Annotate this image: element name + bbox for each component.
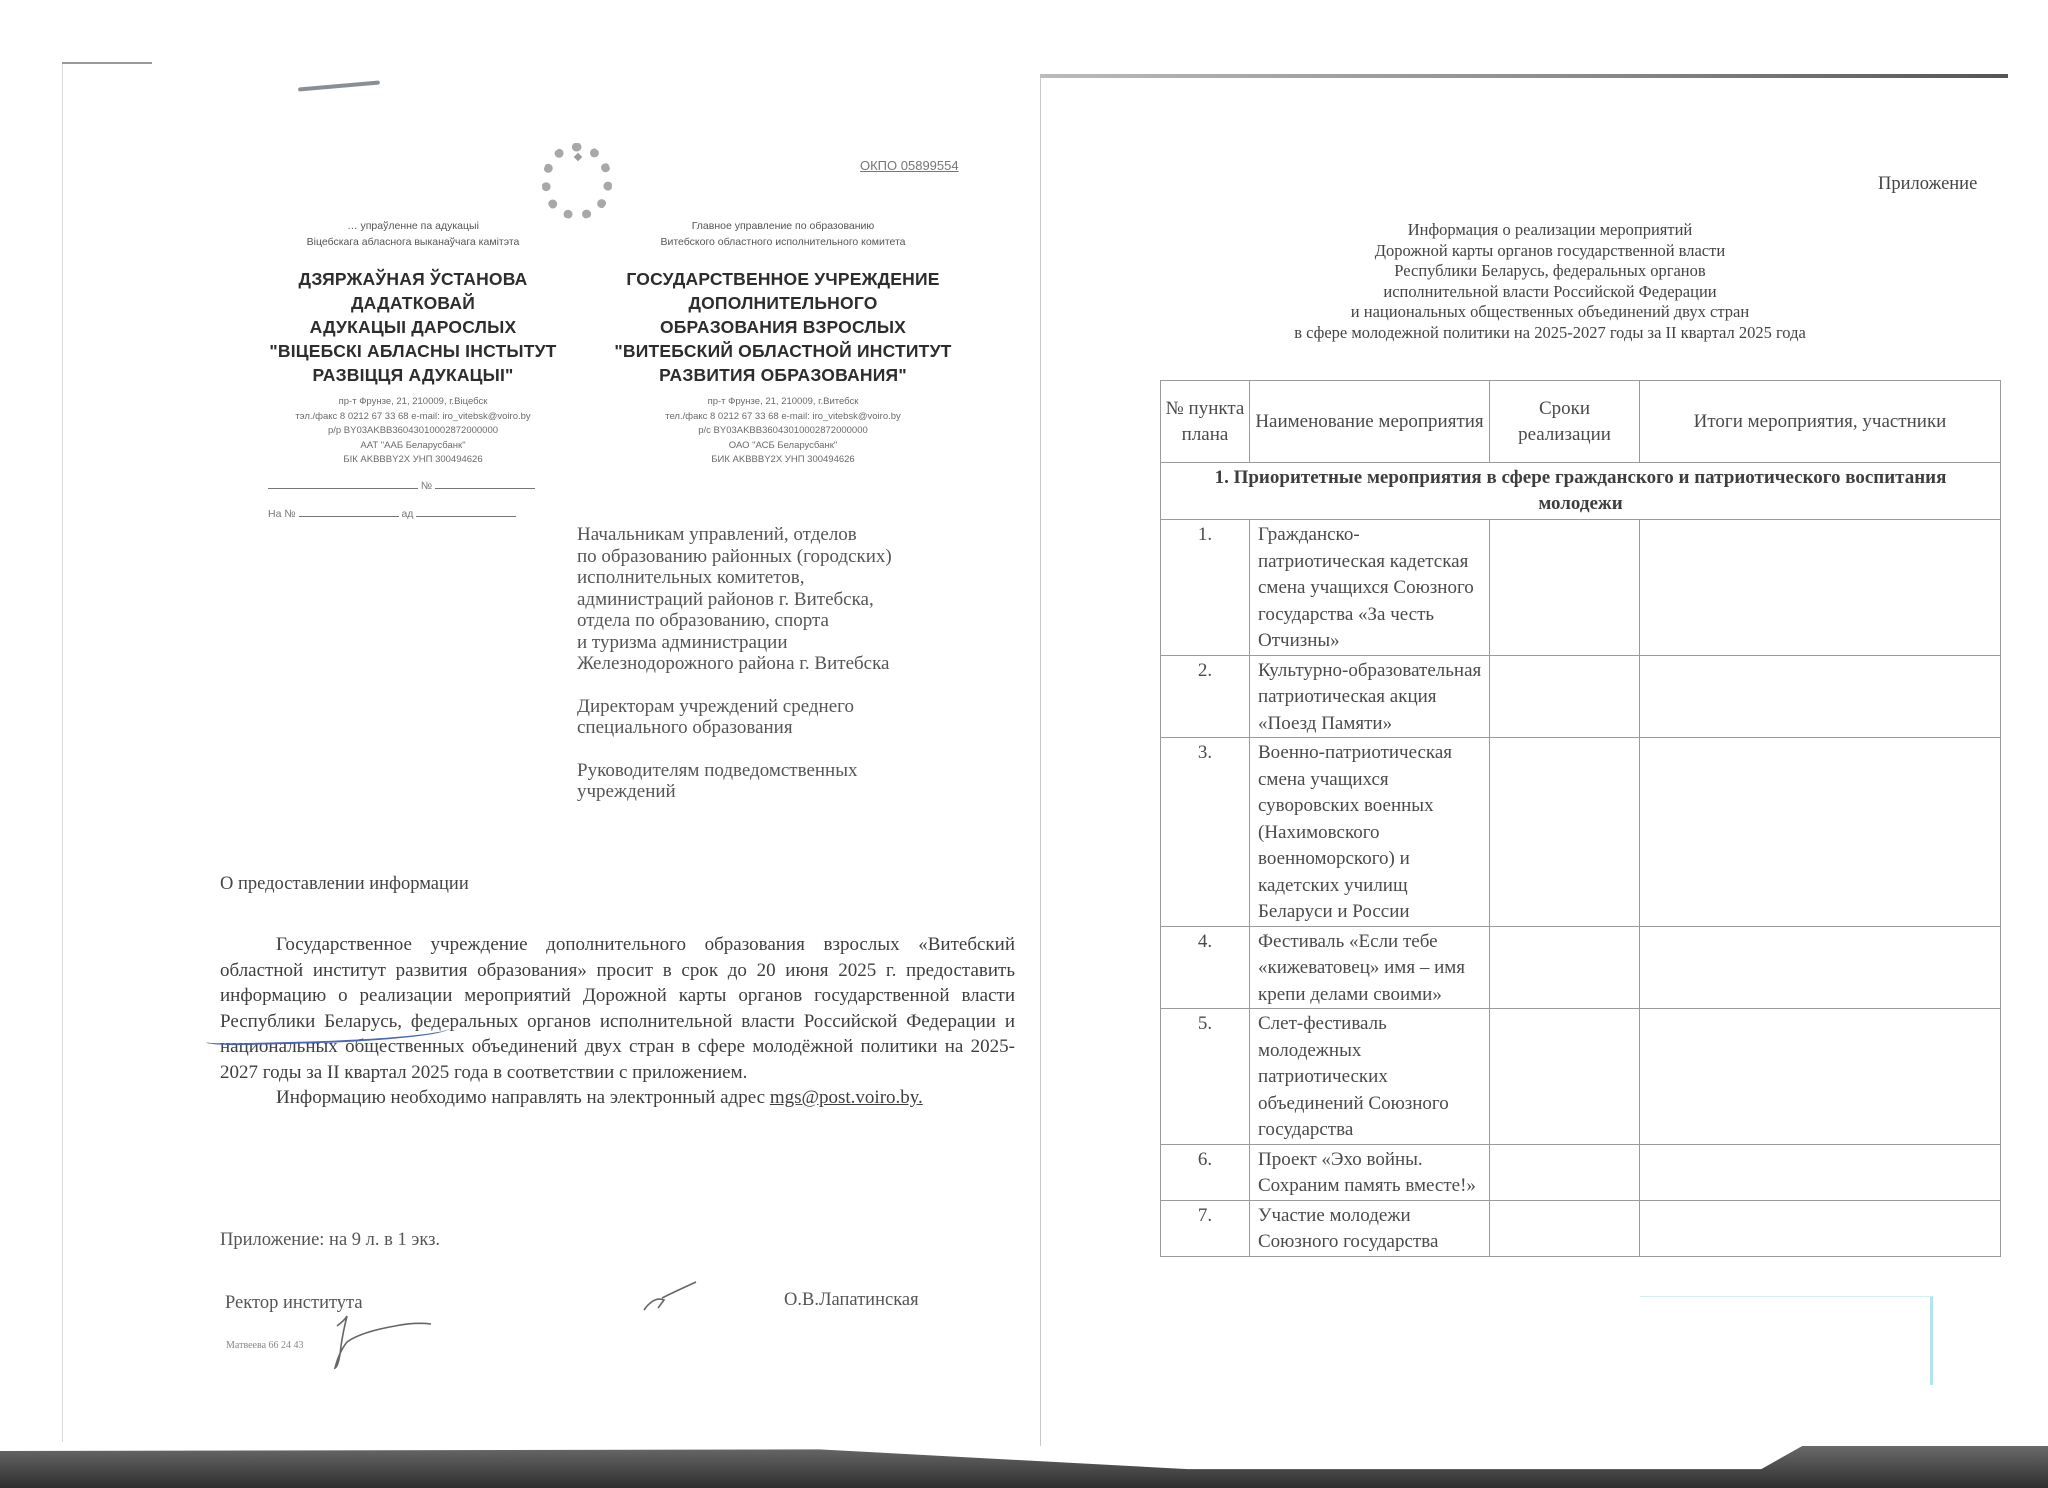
body-paragraph-1: Государственное учреждение дополнительно…: [220, 932, 1015, 1085]
row-number: 6.: [1161, 1144, 1250, 1200]
table-row: 7.Участие молодежи Союзного государства: [1161, 1200, 2001, 1256]
row-term: [1490, 655, 1640, 738]
body-paragraph-2: Информацию необходимо направлять на элек…: [220, 1085, 1015, 1111]
row-term: [1490, 520, 1640, 656]
row-event-name: Участие молодежи Союзного государства: [1250, 1200, 1490, 1256]
letter-subject: О предоставлении информации: [220, 874, 469, 895]
executor-note: Матвеева 66 24 43: [226, 1340, 304, 1351]
col-header-number: № пункта плана: [1161, 381, 1250, 463]
row-number: 5.: [1161, 1009, 1250, 1145]
email-link[interactable]: mgs@post.voiro.by.: [770, 1087, 923, 1108]
row-term: [1490, 1200, 1640, 1256]
signer-name: О.В.Лапатинская: [784, 1290, 919, 1311]
row-number: 3.: [1161, 738, 1250, 927]
letterhead-ru: Главное управление по образованию Витебс…: [608, 218, 958, 468]
attachment-note: Приложение: на 9 л. в 1 экз.: [220, 1230, 440, 1251]
row-result: [1640, 1200, 2001, 1256]
row-number: 7.: [1161, 1200, 1250, 1256]
row-number: 4.: [1161, 926, 1250, 1009]
address-block-by: пр-т Фрунзе, 21, 210009, г.Віцебск тэл./…: [258, 395, 568, 468]
row-result: [1640, 738, 2001, 927]
section-row: 1. Приоритетные мероприятия в сфере граж…: [1161, 463, 2001, 520]
table-row: 6.Проект «Эхо войны. Сохраним память вме…: [1161, 1144, 2001, 1200]
row-result: [1640, 926, 2001, 1009]
executor-signature-icon: [325, 1312, 435, 1372]
address-block-ru: пр-т Фрунзе, 21, 210009, г.Витебск тел./…: [608, 395, 958, 468]
outgoing-number-line: №: [258, 478, 568, 492]
okpo-code: ОКПО 05899554: [860, 158, 959, 173]
letterhead-by: … упраўленне па адукацыі Віцебскага абла…: [258, 218, 568, 520]
row-event-name: Культурно-образовательная патриотическая…: [1250, 655, 1490, 738]
deadline-date: до 20 июня 2025 г.: [728, 960, 897, 981]
addressee-block: Начальникам управлений, отделов по образ…: [577, 524, 997, 824]
scan-edge-line: [1040, 74, 2008, 78]
row-result: [1640, 1144, 2001, 1200]
addressee-group-2: Директорам учреждений среднего специальн…: [577, 696, 997, 739]
institution-name-by: ДЗЯРЖАЎНАЯ ЎСТАНОВА ДАДАТКОВАЙ АДУКАЦЫІ …: [258, 267, 568, 387]
row-number: 2.: [1161, 655, 1250, 738]
col-header-result: Итоги мероприятия, участники: [1640, 381, 2001, 463]
row-event-name: Слет-фестиваль молодежных патриотических…: [1250, 1009, 1490, 1145]
row-result: [1640, 520, 2001, 656]
addressee-group-3: Руководителям подведомственных учреждени…: [577, 760, 997, 803]
table-row: 1.Гражданско-патриотическая кадетская см…: [1161, 520, 2001, 656]
table-row: 2.Культурно-образовательная патриотическ…: [1161, 655, 2001, 738]
row-term: [1490, 738, 1640, 927]
registration-stamp: [1640, 1296, 1933, 1385]
table-header-row: № пункта плана Наименование мероприятия …: [1161, 381, 2001, 463]
col-header-term: Сроки реализации: [1490, 381, 1640, 463]
section-title: 1. Приоритетные мероприятия в сфере граж…: [1161, 463, 2001, 520]
row-term: [1490, 1009, 1640, 1145]
row-term: [1490, 1144, 1640, 1200]
appendix-title: Информация о реализации мероприятий Доро…: [1170, 220, 1930, 343]
appendix-label: Приложение: [1878, 174, 1977, 195]
signer-title: Ректор института: [225, 1293, 363, 1314]
row-number: 1.: [1161, 520, 1250, 656]
plan-table: № пункта плана Наименование мероприятия …: [1160, 380, 2001, 1257]
letter-body: Государственное учреждение дополнительно…: [220, 932, 1015, 1111]
row-event-name: Проект «Эхо войны. Сохраним память вмест…: [1250, 1144, 1490, 1200]
incoming-ref-line: На № ад: [258, 506, 568, 520]
institution-name-ru: ГОСУДАРСТВЕННОЕ УЧРЕЖДЕНИЕ ДОПОЛНИТЕЛЬНО…: [608, 267, 958, 387]
scanner-shadow-strip: [0, 1446, 2048, 1488]
row-term: [1490, 926, 1640, 1009]
row-result: [1640, 1009, 2001, 1145]
row-event-name: Гражданско-патриотическая кадетская смен…: [1250, 520, 1490, 656]
row-event-name: Фестиваль «Если тебе «кижеватовец» имя –…: [1250, 926, 1490, 1009]
table-row: 5.Слет-фестиваль молодежных патриотическ…: [1161, 1009, 2001, 1145]
table-row: 3.Военно-патриотическая смена учащихся с…: [1161, 738, 2001, 927]
row-result: [1640, 655, 2001, 738]
parent-org-by: … упраўленне па адукацыі Віцебскага абла…: [258, 218, 568, 250]
table-row: 4.Фестиваль «Если тебе «кижеватовец» имя…: [1161, 926, 2001, 1009]
coat-of-arms-icon: [542, 143, 612, 219]
scan-corner-mark: [62, 62, 152, 64]
rector-signature-icon: [640, 1278, 700, 1318]
col-header-name: Наименование мероприятия: [1250, 381, 1490, 463]
row-event-name: Военно-патриотическая смена учащихся сув…: [1250, 738, 1490, 927]
parent-org-ru: Главное управление по образованию Витебс…: [608, 218, 958, 250]
addressee-group-1: Начальникам управлений, отделов по образ…: [577, 524, 997, 675]
